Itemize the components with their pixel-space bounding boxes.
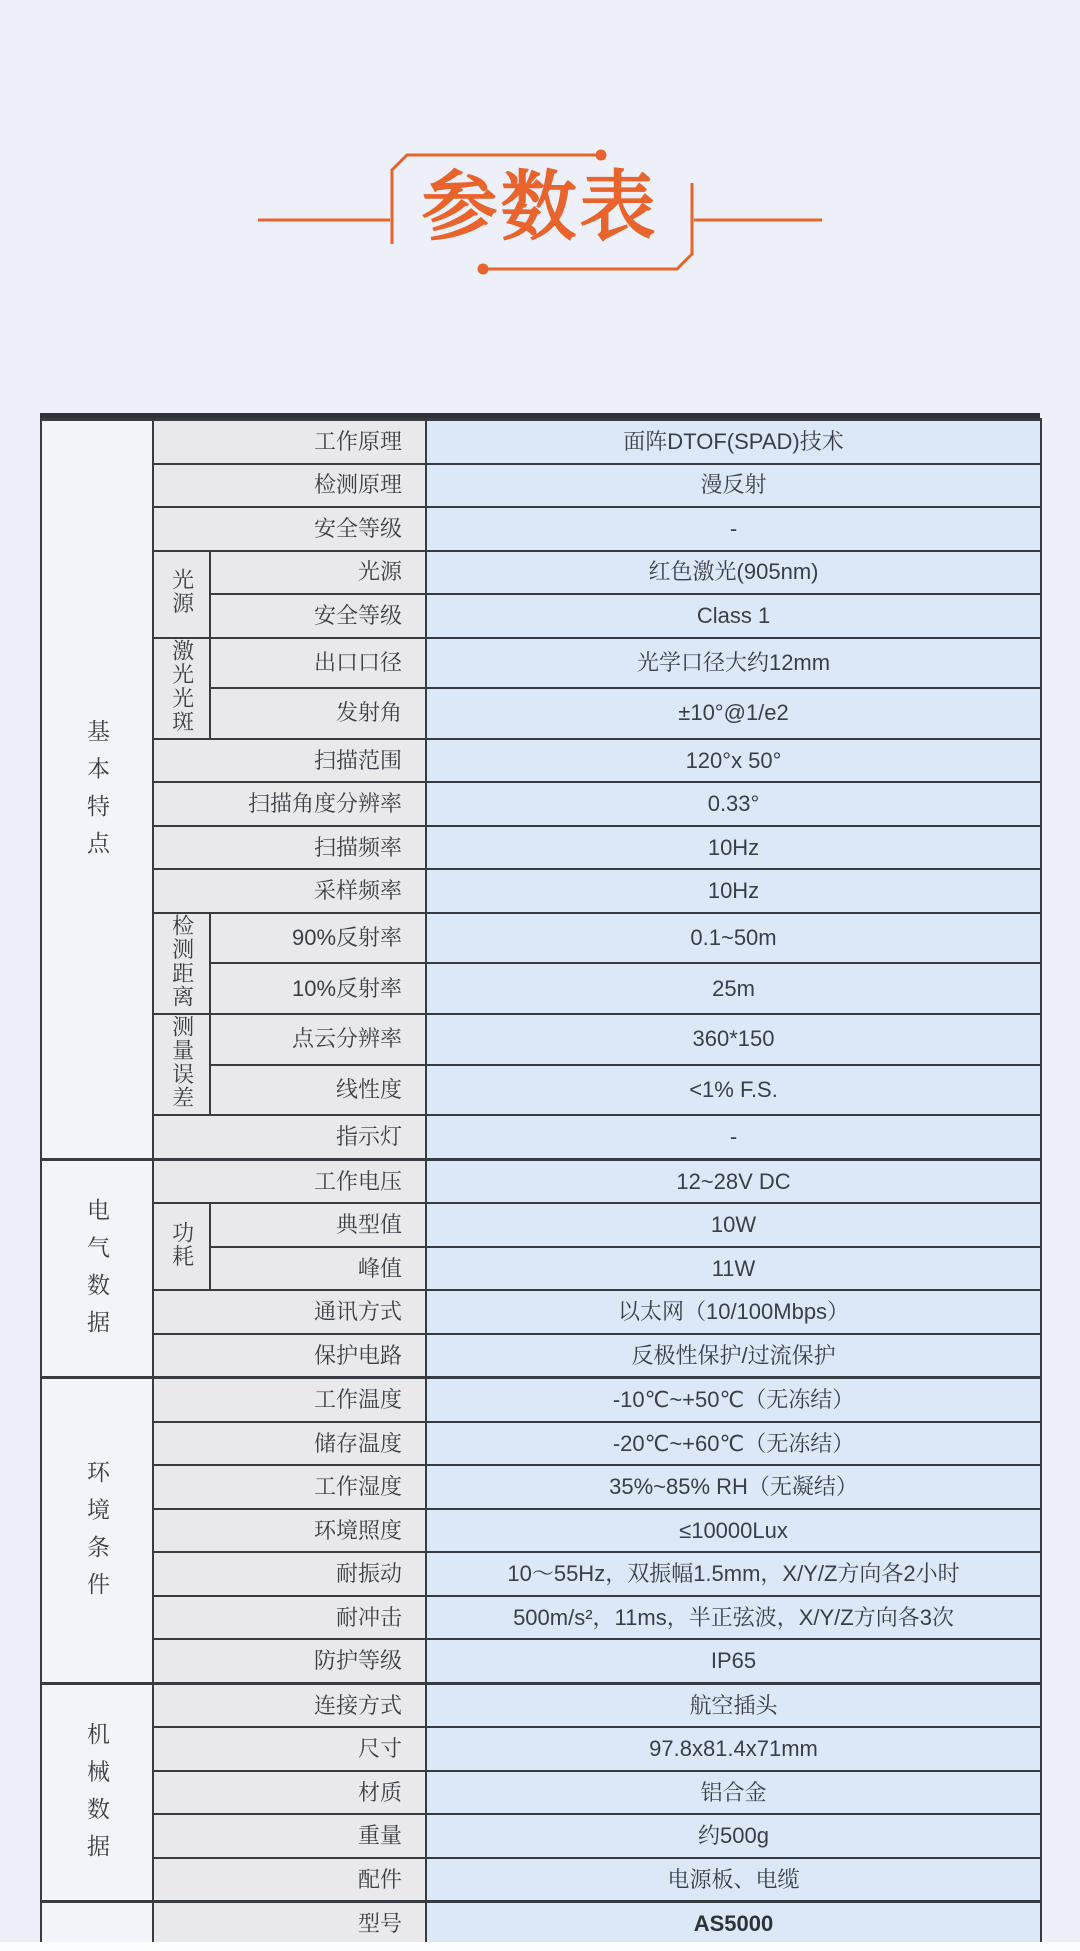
subgroup-cell: 测量误差 [153,1014,210,1115]
param-label: 线性度 [336,1077,402,1102]
param-label: 点云分辨率 [292,1026,402,1051]
param-value-cell: 10W [426,1203,1041,1247]
table-row: 功耗典型值10W [41,1203,1041,1247]
param-value-cell: -10℃~+50℃（无冻结） [426,1378,1041,1422]
param-value: 11W [712,1256,756,1281]
param-value-cell: - [426,1115,1041,1159]
table-row: 配件电源板、电缆 [41,1858,1041,1902]
param-label-cell: 90%反射率 [210,913,426,964]
param-label-cell: 耐振动 [153,1552,426,1596]
param-label-cell: 指示灯 [153,1115,426,1159]
param-label-cell: 检测原理 [153,464,426,508]
subgroup-cell: 激光光斑 [153,638,210,739]
param-value: 10Hz [708,835,759,860]
param-value: ≤10000Lux [679,1518,788,1543]
param-label-cell: 采样频率 [153,869,426,913]
param-value: 97.8x81.4x71mm [649,1736,818,1761]
param-value: -10℃~+50℃（无冻结） [613,1387,854,1412]
param-value: 120°x 50° [686,748,782,773]
param-value-cell: 铝合金 [426,1771,1041,1815]
param-value: 12~28V DC [676,1169,790,1194]
param-label-cell: 点云分辨率 [210,1014,426,1065]
spec-table: 基本特点工作原理面阵DTOF(SPAD)技术检测原理漫反射安全等级-光源光源红色… [40,418,1042,1947]
param-value-cell: 120°x 50° [426,739,1041,783]
param-value-cell: ≤10000Lux [426,1509,1041,1553]
param-value: 铝合金 [701,1780,767,1805]
param-value-cell: AS5000 [426,1902,1041,1946]
group-cell: 基本特点 [41,420,153,1160]
page-title: 参数表 [0,166,1080,250]
param-label: 指示灯 [336,1124,402,1149]
table-row: 材质铝合金 [41,1771,1041,1815]
table-row: 检测距离90%反射率0.1~50m [41,913,1041,964]
param-label-cell: 尺寸 [153,1727,426,1771]
param-label: 保护电路 [314,1343,402,1368]
table-row: 耐冲击500m/s²，11ms，半正弦波，X/Y/Z方向各3次 [41,1596,1041,1640]
param-value: 光学口径大约12mm [637,650,830,675]
param-label-cell: 发射角 [210,688,426,739]
param-label: 扫描角度分辨率 [248,791,402,816]
param-label-cell: 10%反射率 [210,963,426,1014]
param-label: 型号 [358,1911,402,1936]
param-value: 500m/s²，11ms，半正弦波，X/Y/Z方向各3次 [513,1605,954,1630]
table-row: 尺寸97.8x81.4x71mm [41,1727,1041,1771]
param-label-cell: 安全等级 [210,594,426,638]
param-value-cell: 11W [426,1247,1041,1291]
param-value-cell: Class 1 [426,594,1041,638]
table-row: 光源光源红色激光(905nm) [41,551,1041,595]
param-label: 90%反射率 [292,925,402,950]
param-label: 典型值 [336,1212,402,1237]
param-value: - [730,516,737,541]
param-label: 通讯方式 [314,1299,402,1324]
table-row: 检测原理漫反射 [41,464,1041,508]
param-label-cell: 储存温度 [153,1422,426,1466]
param-label: 工作温度 [314,1387,402,1412]
param-label: 尺寸 [358,1736,402,1761]
param-value: AS5000 [694,1911,774,1936]
param-label: 扫描频率 [314,835,402,860]
param-value: 面阵DTOF(SPAD)技术 [623,429,843,454]
spec-table-container: 基本特点工作原理面阵DTOF(SPAD)技术检测原理漫反射安全等级-光源光源红色… [40,413,1040,1951]
group-label: 机械数据 [84,1722,110,1871]
param-label: 储存温度 [314,1431,402,1456]
param-value-cell: 10Hz [426,869,1041,913]
param-label-cell: 配件 [153,1858,426,1902]
param-value-cell: 25m [426,963,1041,1014]
param-label: 峰值 [358,1256,402,1281]
param-label: 连接方式 [314,1693,402,1718]
param-label: 材质 [358,1780,402,1805]
param-value-cell: 10～55Hz，双振幅1.5mm，X/Y/Z方向各2小时 [426,1552,1041,1596]
param-label-cell: 光源 [210,551,426,595]
param-value: 10Hz [708,878,759,903]
subgroup-cell: 功耗 [153,1203,210,1290]
param-label-cell: 重量 [153,1814,426,1858]
param-value-cell: 电源板、电缆 [426,1858,1041,1902]
param-label: 工作原理 [314,429,402,454]
param-value-cell: 97.8x81.4x71mm [426,1727,1041,1771]
param-label-cell: 防护等级 [153,1639,426,1683]
group-label: 环境条件 [84,1460,110,1609]
param-label: 配件 [358,1867,402,1892]
param-value-cell: 反极性保护/过流保护 [426,1334,1041,1378]
param-label-cell: 连接方式 [153,1683,426,1727]
param-value-cell: 航空插头 [426,1683,1041,1727]
table-row: 扫描范围120°x 50° [41,739,1041,783]
param-value-cell: -20℃~+60℃（无冻结） [426,1422,1041,1466]
param-value-cell: 12~28V DC [426,1159,1041,1203]
param-value: 约500g [698,1823,769,1848]
table-row: 基本特点工作原理面阵DTOF(SPAD)技术 [41,420,1041,464]
param-label: 出口口径 [314,650,402,675]
param-value-cell: 500m/s²，11ms，半正弦波，X/Y/Z方向各3次 [426,1596,1041,1640]
param-label: 安全等级 [314,603,402,628]
table-row: 防护等级IP65 [41,1639,1041,1683]
param-label-cell: 工作湿度 [153,1465,426,1509]
table-row: 保护电路反极性保护/过流保护 [41,1334,1041,1378]
param-value: 漫反射 [701,472,767,497]
subgroup-label: 光源 [169,568,193,616]
subgroup-label: 检测距离 [169,914,193,1009]
param-value: 360*150 [693,1026,775,1051]
param-label: 采样频率 [314,878,402,903]
param-value: 0.33° [708,791,760,816]
table-row: 环境条件工作温度-10℃~+50℃（无冻结） [41,1378,1041,1422]
param-value: Class 1 [697,603,770,628]
param-label-cell: 工作温度 [153,1378,426,1422]
table-row: 扫描频率10Hz [41,826,1041,870]
param-value-cell: 以太网（10/100Mbps） [426,1290,1041,1334]
param-label: 环境照度 [314,1518,402,1543]
param-label-cell: 工作原理 [153,420,426,464]
param-value: 红色激光(905nm) [649,559,819,584]
spec-table-body: 基本特点工作原理面阵DTOF(SPAD)技术检测原理漫反射安全等级-光源光源红色… [41,420,1041,1946]
table-row: 工作湿度35%~85% RH（无凝结） [41,1465,1041,1509]
table-row: 机械数据连接方式航空插头 [41,1683,1041,1727]
param-value: 25m [712,976,755,1001]
param-label: 工作湿度 [314,1474,402,1499]
param-label: 检测原理 [314,472,402,497]
table-row: 指示灯- [41,1115,1041,1159]
param-value: 电源板、电缆 [668,1867,800,1892]
param-label-cell: 环境照度 [153,1509,426,1553]
param-label-cell: 线性度 [210,1065,426,1116]
param-value-cell: 35%~85% RH（无凝结） [426,1465,1041,1509]
param-value-cell: 约500g [426,1814,1041,1858]
table-row: 安全等级- [41,507,1041,551]
param-value-cell: IP65 [426,1639,1041,1683]
subgroup-label: 激光光斑 [169,639,193,734]
subgroup-cell: 检测距离 [153,913,210,1014]
param-label: 发射角 [336,700,402,725]
group-label: 电气数据 [84,1198,110,1347]
param-label-cell: 通讯方式 [153,1290,426,1334]
param-label-cell: 工作电压 [153,1159,426,1203]
param-label-cell: 安全等级 [153,507,426,551]
page-footer-strip [0,1942,1080,1951]
param-value-cell: 0.1~50m [426,913,1041,964]
param-label: 工作电压 [314,1169,402,1194]
param-label: 耐冲击 [336,1605,402,1630]
table-row: 储存温度-20℃~+60℃（无冻结） [41,1422,1041,1466]
param-value-cell: 面阵DTOF(SPAD)技术 [426,420,1041,464]
param-value-cell: 漫反射 [426,464,1041,508]
param-value-cell: ±10°@1/e2 [426,688,1041,739]
param-label: 重量 [358,1823,402,1848]
group-label: 基本特点 [84,719,110,868]
group-cell: 机械数据 [41,1683,153,1902]
subgroup-label: 测量误差 [169,1015,193,1110]
param-value-cell: 0.33° [426,782,1041,826]
title-bracket-decoration [0,0,1080,320]
param-label-cell: 保护电路 [153,1334,426,1378]
param-value: 10～55Hz，双振幅1.5mm，X/Y/Z方向各2小时 [507,1561,959,1586]
page-title-block: 参数表 [0,0,1080,320]
param-label: 扫描范围 [314,748,402,773]
param-value: 10W [711,1212,756,1237]
param-label-cell: 扫描角度分辨率 [153,782,426,826]
group-cell [41,1902,153,1946]
param-value: <1% F.S. [689,1077,778,1102]
param-value-cell: 360*150 [426,1014,1041,1065]
param-value-cell: 10Hz [426,826,1041,870]
param-label-cell: 材质 [153,1771,426,1815]
table-row: 测量误差点云分辨率360*150 [41,1014,1041,1065]
param-value: ±10°@1/e2 [678,700,789,725]
param-value: -20℃~+60℃（无冻结） [613,1431,854,1456]
table-row: 通讯方式以太网（10/100Mbps） [41,1290,1041,1334]
param-label-cell: 出口口径 [210,638,426,689]
param-label-cell: 典型值 [210,1203,426,1247]
param-value: 35%~85% RH（无凝结） [609,1474,858,1499]
param-label-cell: 耐冲击 [153,1596,426,1640]
param-label: 安全等级 [314,516,402,541]
param-label-cell: 扫描范围 [153,739,426,783]
param-value: - [730,1124,737,1149]
table-row: 耐振动10～55Hz，双振幅1.5mm，X/Y/Z方向各2小时 [41,1552,1041,1596]
table-row: 环境照度≤10000Lux [41,1509,1041,1553]
param-value-cell: 光学口径大约12mm [426,638,1041,689]
group-cell: 环境条件 [41,1378,153,1684]
table-row: 重量约500g [41,1814,1041,1858]
subgroup-cell: 光源 [153,551,210,638]
param-label: 光源 [358,559,402,584]
param-value: 航空插头 [690,1693,778,1718]
table-row: 扫描角度分辨率0.33° [41,782,1041,826]
param-value-cell: 红色激光(905nm) [426,551,1041,595]
param-value: 以太网（10/100Mbps） [618,1299,849,1324]
group-cell: 电气数据 [41,1159,153,1378]
param-value-cell: <1% F.S. [426,1065,1041,1116]
table-row: 电气数据工作电压12~28V DC [41,1159,1041,1203]
subgroup-label: 功耗 [169,1221,193,1269]
param-label: 耐振动 [336,1561,402,1586]
param-label-cell: 扫描频率 [153,826,426,870]
param-label: 防护等级 [314,1648,402,1673]
param-value: IP65 [711,1648,756,1673]
param-label-cell: 型号 [153,1902,426,1946]
table-row: 采样频率10Hz [41,869,1041,913]
param-value: 反极性保护/过流保护 [631,1343,835,1368]
param-label: 10%反射率 [292,976,402,1001]
table-row: 型号AS5000 [41,1902,1041,1946]
param-value-cell: - [426,507,1041,551]
param-label-cell: 峰值 [210,1247,426,1291]
table-row: 激光光斑出口口径光学口径大约12mm [41,638,1041,689]
param-value: 0.1~50m [690,925,776,950]
